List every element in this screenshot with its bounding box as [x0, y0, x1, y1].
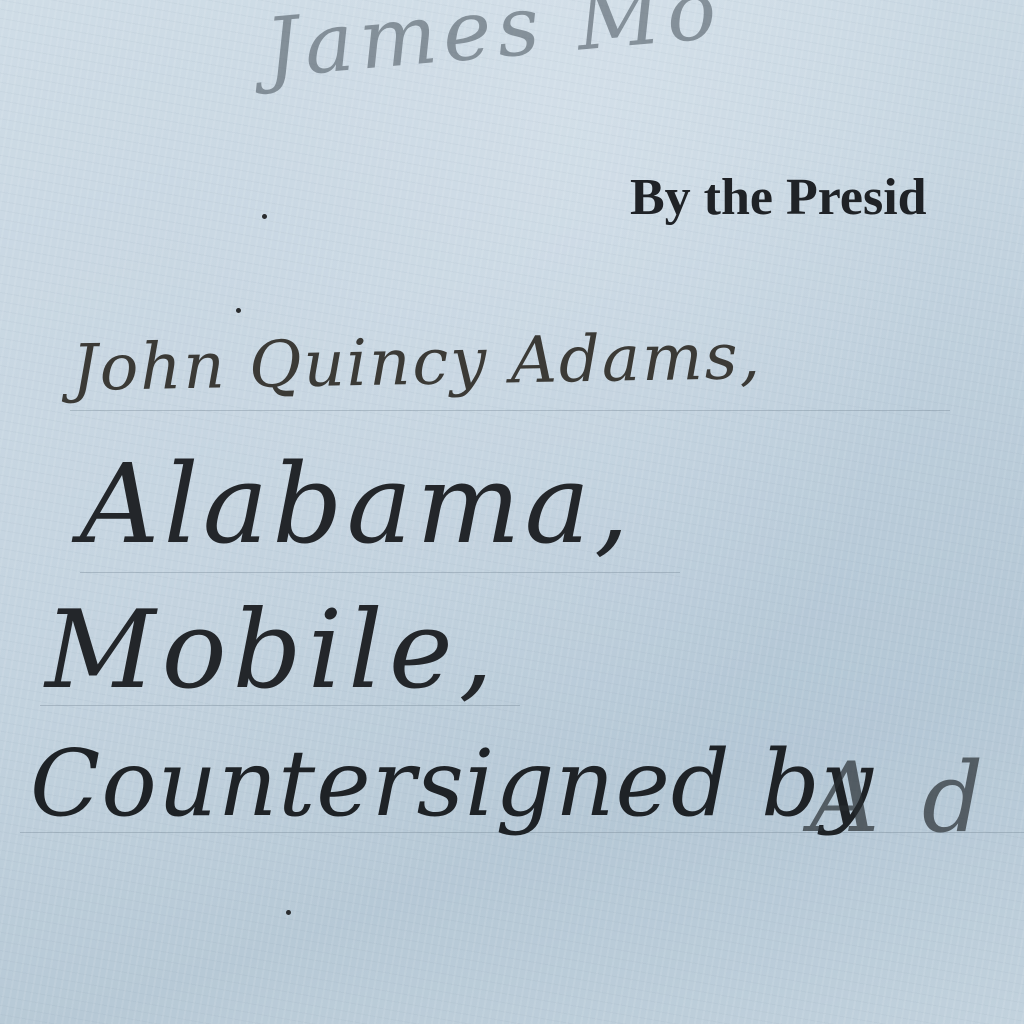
city-name: Mobile, — [45, 588, 499, 713]
countersignature: A d — [810, 742, 989, 854]
countersigned-label: Countersigned by — [30, 730, 874, 837]
ink-speck — [262, 214, 267, 219]
state-name: Alabama, — [80, 440, 633, 568]
ink-speck — [236, 308, 241, 313]
printed-heading: By the Presid — [630, 168, 927, 227]
ruled-line — [80, 572, 680, 573]
ruled-line — [70, 410, 950, 411]
top-signature: James Mo — [262, 0, 726, 97]
appointee-name: John Quincy Adams, — [71, 320, 762, 406]
ink-speck — [286, 910, 291, 915]
